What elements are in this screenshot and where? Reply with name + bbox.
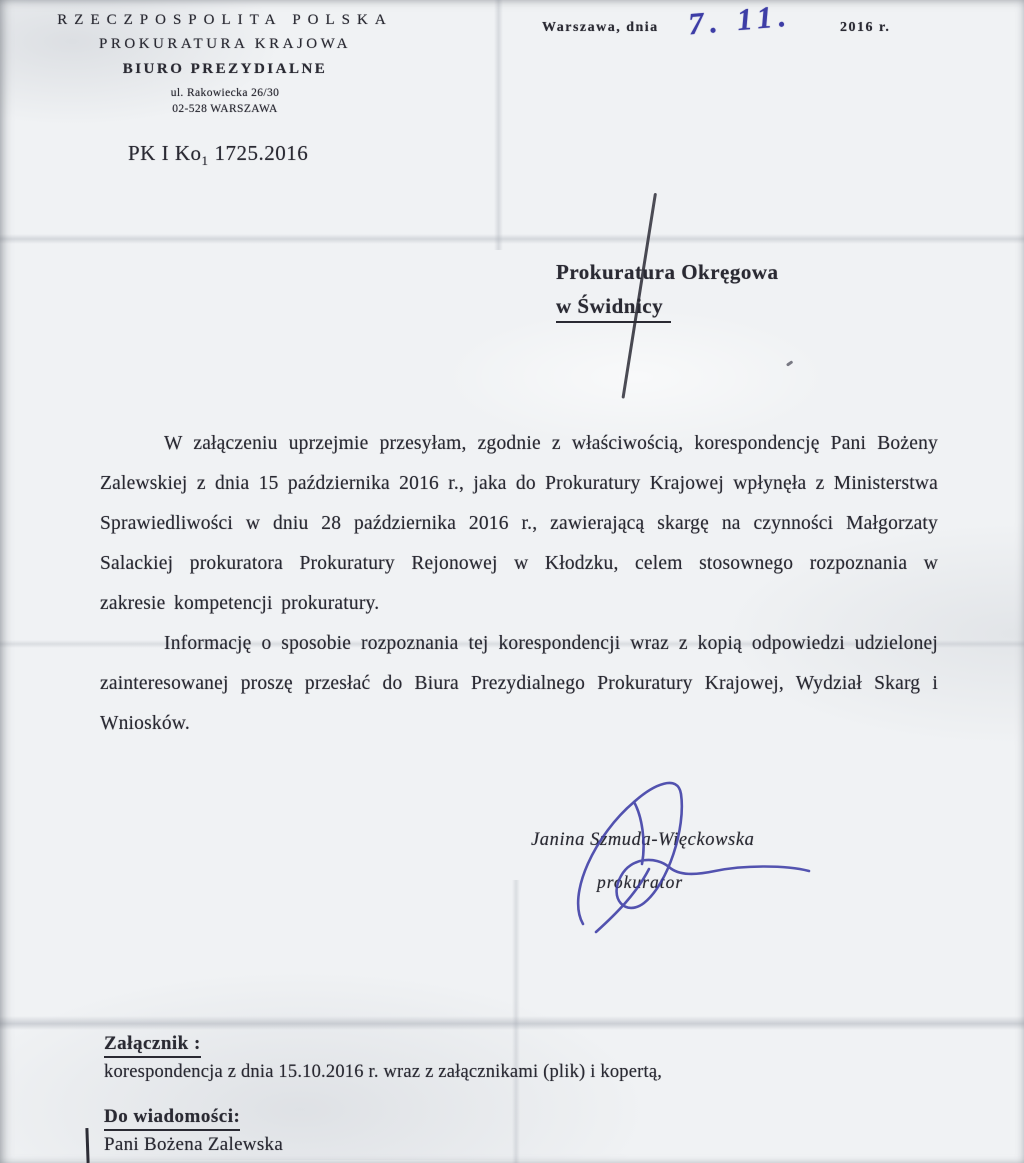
cc-margin-mark bbox=[85, 1128, 89, 1163]
case-reference: PK I Ko11725.2016 bbox=[128, 141, 308, 169]
letterhead-city: 02-528 WARSZAWA bbox=[25, 103, 425, 115]
letterhead-institution: PROKURATURA KRAJOWA bbox=[25, 36, 425, 53]
signature-scrawl bbox=[538, 772, 828, 942]
dateline-year: 2016 r. bbox=[840, 20, 890, 36]
recipient-name: Prokuratura Okręgowa bbox=[556, 260, 779, 285]
body-paragraph-2: Informację o sposobie rozpoznania tej ko… bbox=[100, 624, 938, 744]
recipient-block: Prokuratura Okręgowa w Świdnicy bbox=[556, 260, 779, 323]
case-reference-number: 1725.2016 bbox=[215, 141, 309, 165]
scanned-letter-page: RZECZPOSPOLITA POLSKA PROKURATURA KRAJOW… bbox=[0, 0, 1024, 1163]
handwritten-date: 7. 11. bbox=[687, 0, 794, 42]
stray-ink-mark bbox=[786, 360, 793, 366]
letter-body: W załączeniu uprzejmie przesyłam, zgodni… bbox=[100, 424, 938, 744]
cc-recipient: Pani Bożena Zalewska bbox=[104, 1134, 283, 1156]
body-paragraph-1: W załączeniu uprzejmie przesyłam, zgodni… bbox=[100, 424, 938, 624]
letterhead-office: BIURO PREZYDIALNE bbox=[25, 61, 425, 78]
letterhead-country: RZECZPOSPOLITA POLSKA bbox=[25, 12, 425, 29]
dateline-place: Warszawa, dnia bbox=[542, 20, 659, 36]
letterhead: RZECZPOSPOLITA POLSKA PROKURATURA KRAJOW… bbox=[25, 12, 425, 115]
cc-heading: Do wiadomości: bbox=[104, 1106, 240, 1131]
case-reference-subscript: 1 bbox=[202, 153, 209, 168]
recipient-city: w Świdnicy bbox=[556, 294, 671, 323]
case-reference-prefix: PK I Ko bbox=[128, 141, 202, 165]
attachment-text: korespondencja z dnia 15.10.2016 r. wraz… bbox=[104, 1062, 662, 1083]
letterhead-street: ul. Rakowiecka 26/30 bbox=[25, 87, 425, 99]
attachment-heading: Załącznik : bbox=[104, 1033, 201, 1058]
